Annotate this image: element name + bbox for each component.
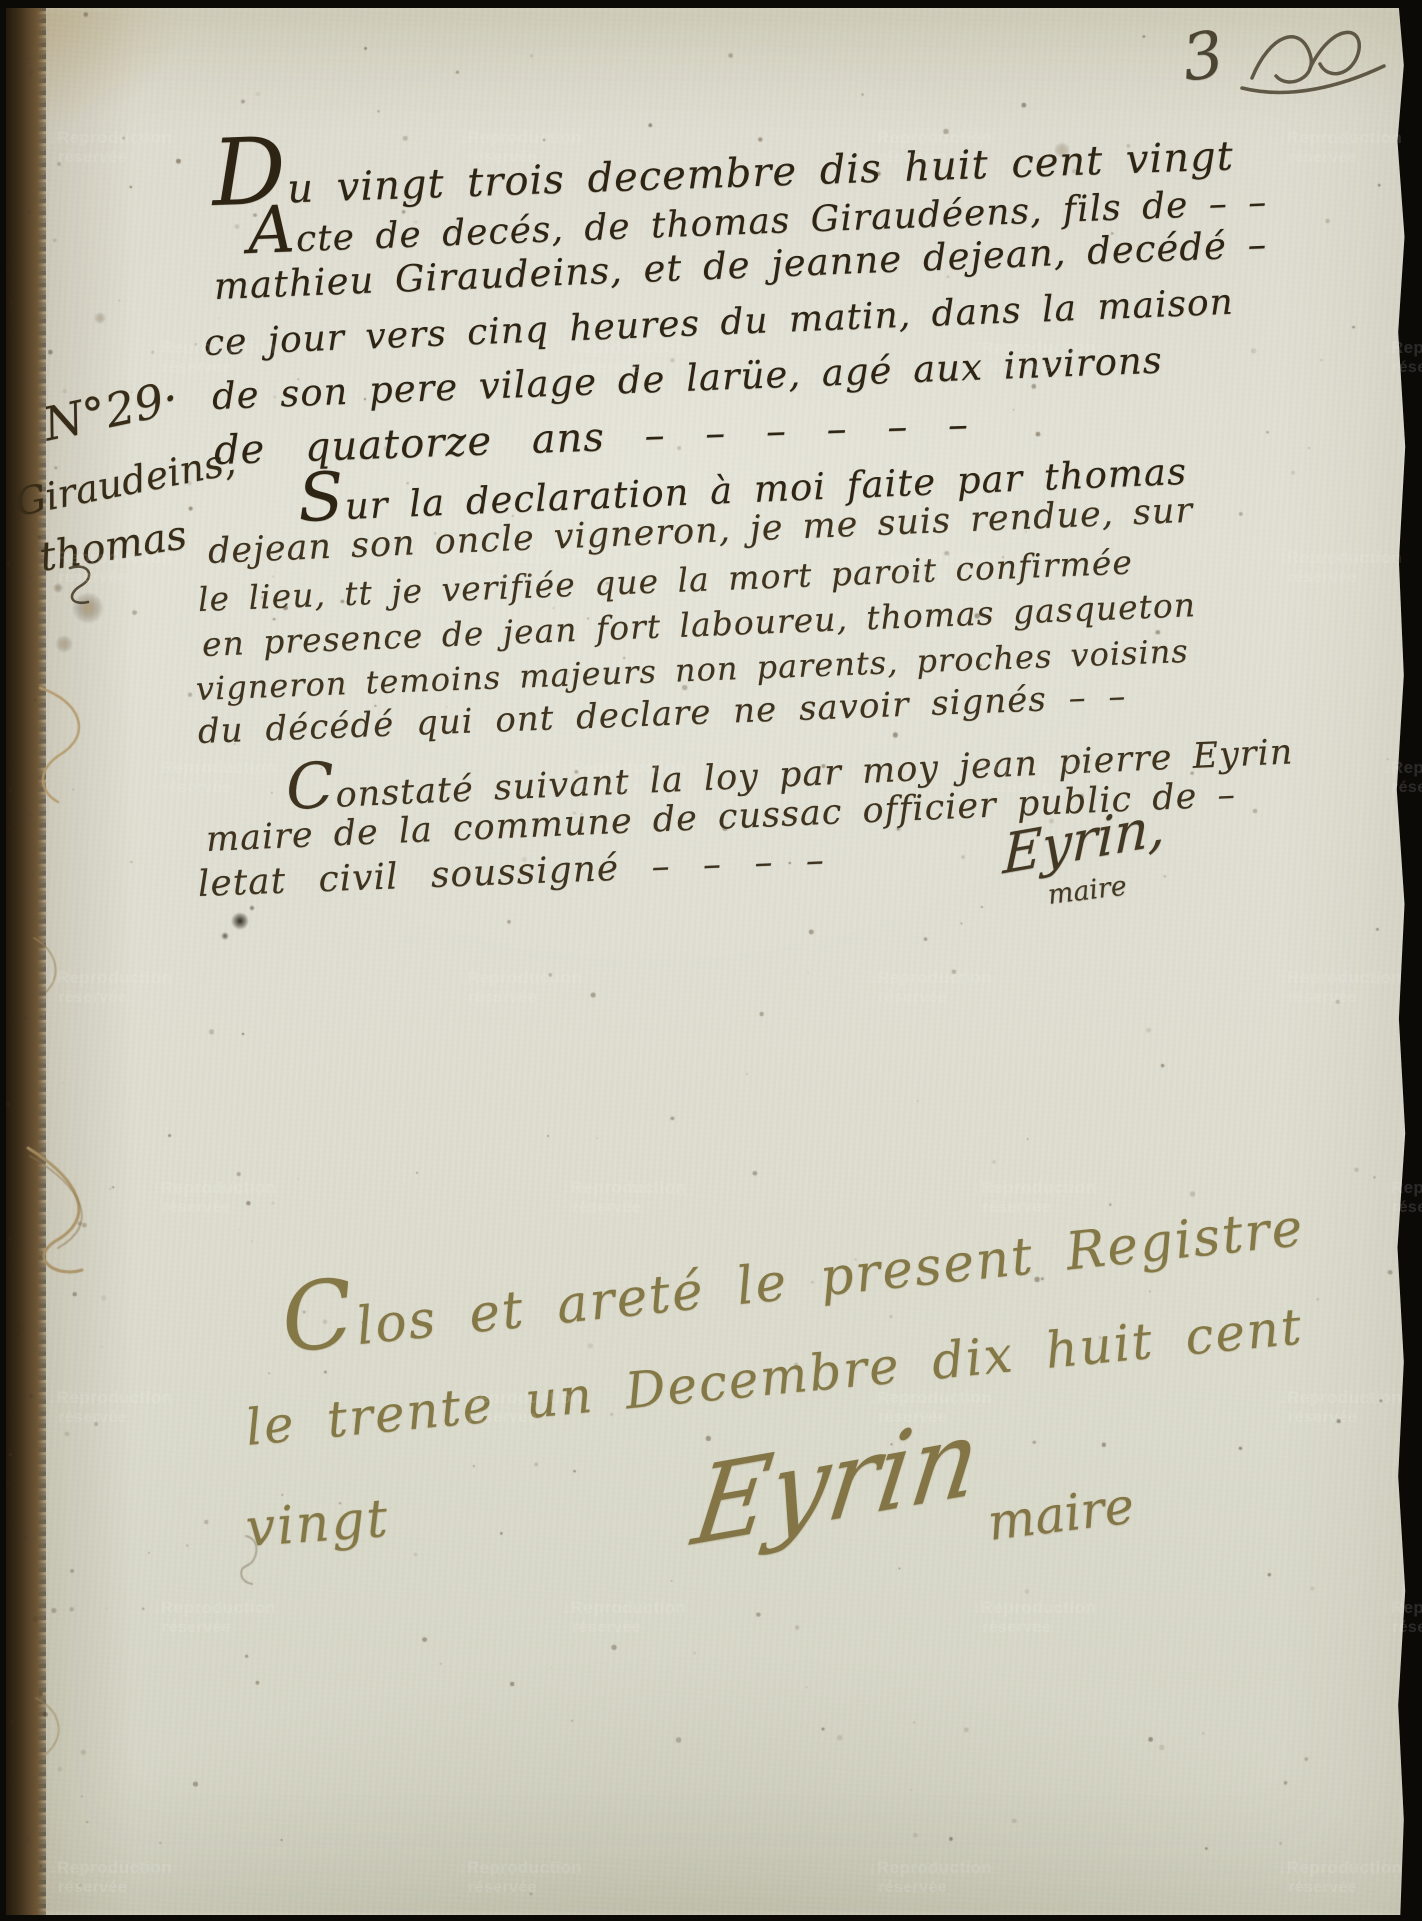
folio-number: 3	[1179, 23, 1228, 92]
closing-line-3: vingt	[244, 1493, 391, 1555]
binding-gutter	[6, 8, 46, 1915]
manuscript-scan: 3 N°29· Giraudeins, thomas Du vingt troi…	[0, 0, 1422, 1921]
